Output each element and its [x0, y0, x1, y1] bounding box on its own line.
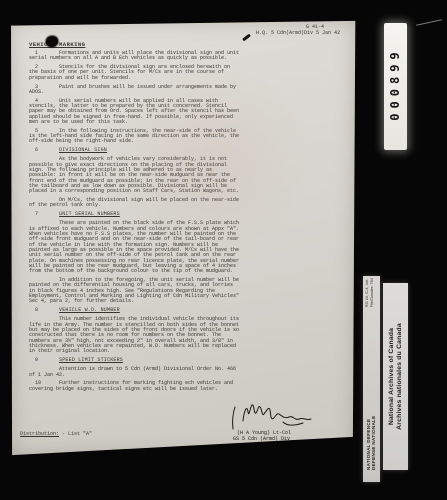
doc-paragraph: These are painted on the black side of t… — [29, 221, 241, 274]
file-label-strip: RG 24, C-3, Vol. File/Dossier: 784 NATIO… — [363, 276, 380, 482]
doc-paragraph: 4Unit serial numbers will be applied in … — [29, 99, 241, 126]
scan-background: G 41-4 H.Q. 5 Cdn(Armd)Div 5 Jan 42 VEHI… — [0, 0, 447, 500]
paragraph-text: Attention is drawn to 5 Cdn (Armd) Divis… — [29, 367, 241, 378]
paragraph-text: In the following instructions, the near-… — [29, 129, 241, 145]
doc-paragraph: 1Formations and units will place the div… — [29, 51, 241, 62]
paragraph-number: 3 — [35, 85, 38, 90]
doc-paragraph: This number identifies the individual ve… — [29, 317, 241, 354]
serial-number-strip: 000899 — [384, 23, 407, 150]
paragraph-number: 2 — [35, 65, 38, 70]
serial-number: 000899 — [384, 23, 407, 150]
doc-section-heading: 6DIVISIONAL SIGN — [29, 148, 241, 153]
department-line-fr: DEFENSE NATIONALE — [371, 415, 376, 470]
paragraph-number: 1 — [35, 51, 38, 56]
document-page: G 41-4 H.Q. 5 Cdn(Armd)Div 5 Jan 42 VEHI… — [10, 20, 356, 456]
paragraph-number: 5 — [35, 129, 38, 134]
paragraph-text: This number identifies the individual ve… — [29, 317, 241, 354]
doc-paragraph: In addition to the foregoing, the unit s… — [29, 278, 241, 305]
doc-paragraph: 5In the following instructions, the near… — [29, 129, 241, 145]
section-heading-text: VEHICLE W.D. NUMBER — [59, 308, 241, 313]
distribution-value: - List "A" — [59, 431, 92, 437]
file-reference: RG 24, C-3, Vol. File/Dossier: 784 — [365, 278, 374, 307]
header-office-date: H.Q. 5 Cdn(Armd)Div 5 Jan 42 — [256, 31, 340, 37]
paragraph-text: In addition to the foregoing, the unit s… — [29, 278, 241, 305]
paragraph-text: Formations and units will place the divi… — [29, 51, 241, 62]
doc-paragraph: Attention is drawn to 5 Cdn (Armd) Divis… — [29, 367, 241, 378]
paragraph-number: 4 — [35, 99, 38, 104]
handwritten-signature — [227, 401, 319, 431]
paragraph-number: 9 — [35, 358, 38, 363]
archive-label-strip: National Archives of Canada Archives nat… — [383, 283, 408, 470]
paragraph-number: 6 — [35, 148, 38, 153]
paragraph-number: 7 — [35, 212, 38, 217]
paragraph-text: Stencils for the divisional sign are enc… — [29, 65, 241, 81]
section-heading-text: UNIT SERIAL NUMBERS — [59, 212, 241, 217]
doc-section-heading: 8VEHICLE W.D. NUMBER — [29, 308, 241, 313]
section-heading-text: DIVISIONAL SIGN — [59, 148, 241, 153]
paragraph-text: Paint and brushes will be issued under a… — [29, 85, 241, 96]
doc-section-heading: 9SPEED LIMIT STICKERS — [29, 358, 241, 363]
paragraph-text: Further instructions for marking fightin… — [29, 381, 241, 392]
paragraph-number: 10 — [35, 381, 41, 386]
doc-section-heading: 7UNIT SERIAL NUMBERS — [29, 212, 241, 217]
doc-paragraph: As the bodywork of vehicles vary conside… — [29, 157, 241, 194]
doc-body: 1Formations and units will place the div… — [29, 51, 241, 395]
department-label: NATIONAL DEFENCE DEFENSE NATIONALE — [366, 415, 376, 470]
doc-paragraph: On M/Cs, the divisional sign will be pla… — [29, 198, 241, 209]
file-label-rotated: RG 24, C-3, Vol. File/Dossier: 784 NATIO… — [363, 276, 380, 482]
file-reference-line2: File/Dossier: 784 — [370, 278, 375, 307]
paragraph-text: As the bodywork of vehicles vary conside… — [29, 157, 241, 194]
doc-paragraph: 2Stencils for the divisional sign are en… — [29, 65, 241, 81]
scratch-mark — [416, 19, 442, 25]
distribution-line: Distribution: - List "A" — [20, 431, 92, 437]
doc-paragraph: 3Paint and brushes will be issued under … — [29, 85, 241, 96]
paragraph-number: 8 — [35, 308, 38, 313]
doc-paragraph: 10Further instructions for marking fight… — [29, 381, 241, 392]
paragraph-text: Unit serial numbers will be applied in a… — [29, 99, 241, 126]
signature-block: (H A Young) Lt-Col GS 5 Cdn (Armd) Div — [213, 401, 348, 442]
paragraph-text: On M/Cs, the divisional sign will be pla… — [29, 198, 241, 209]
signatory-unit: GS 5 Cdn (Armd) Div — [233, 437, 348, 443]
distribution-label: Distribution: — [20, 431, 59, 437]
paragraph-text: These are painted on the black side of t… — [29, 221, 241, 274]
section-heading-text: SPEED LIMIT STICKERS — [59, 358, 241, 363]
page-header: G 41-4 H.Q. 5 Cdn(Armd)Div 5 Jan 42 — [256, 25, 340, 36]
archive-name-en: National Archives of Canada — [388, 283, 396, 470]
archive-name-fr: Archives nationales du Canada — [396, 283, 404, 470]
pen-mark — [242, 34, 251, 42]
archive-label-rotated: National Archives of Canada Archives nat… — [383, 283, 408, 470]
